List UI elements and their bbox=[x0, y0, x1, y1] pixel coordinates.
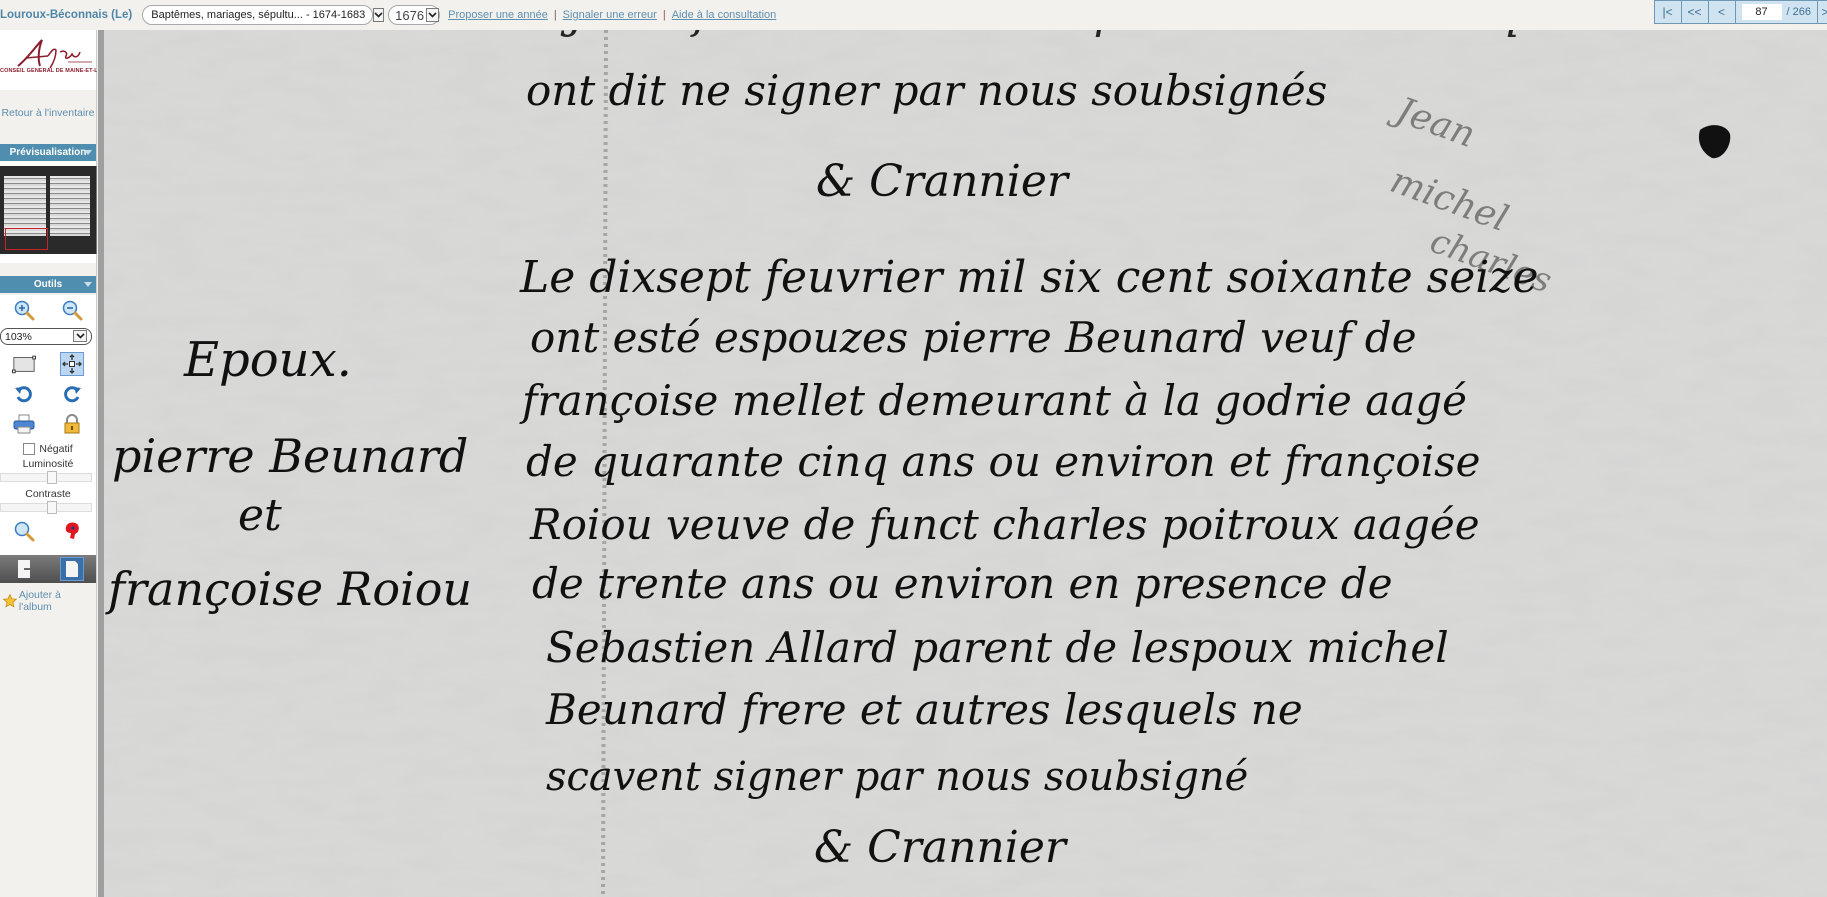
viewport-frame[interactable] bbox=[5, 228, 48, 250]
propose-year-link[interactable]: Proposer une année bbox=[448, 9, 548, 21]
star-icon bbox=[3, 594, 17, 608]
chevron-down-icon[interactable] bbox=[426, 8, 439, 22]
register-select-value: Baptêmes, mariages, sépultu... - 1674-16… bbox=[151, 9, 365, 21]
add-to-album-link[interactable]: Ajouter à l'album bbox=[0, 589, 96, 613]
svg-text:françoise Roiou: françoise Roiou bbox=[105, 562, 472, 616]
register-select[interactable]: Baptêmes, mariages, sépultu... - 1674-16… bbox=[142, 5, 373, 25]
chevron-down-icon[interactable] bbox=[73, 330, 87, 342]
svg-text:de quarante cinq ans ou enviro: de quarante cinq ans ou environ et franç… bbox=[526, 437, 1481, 486]
page-mode-bar bbox=[0, 555, 96, 583]
svg-text:scavent signer par nous soubsi: scavent signer par nous soubsigné bbox=[546, 754, 1248, 800]
tools-panel-header[interactable]: Outils bbox=[0, 276, 96, 293]
thumb-left-page bbox=[4, 176, 46, 236]
sidebar: CONSEIL GÉNÉRAL DE MAINE-ET-LOIRE Retour… bbox=[0, 30, 97, 897]
slider-handle[interactable] bbox=[47, 501, 57, 514]
next-page-button[interactable]: > bbox=[1818, 1, 1827, 23]
svg-text:Sebastien Allard parent de les: Sebastien Allard parent de lespoux miche… bbox=[546, 623, 1449, 672]
print-icon[interactable] bbox=[12, 412, 36, 436]
svg-text:Beunard frere et autres lesque: Beunard frere et autres lesquels ne bbox=[545, 685, 1303, 734]
select-area-icon[interactable] bbox=[12, 352, 36, 376]
svg-text:françoise mellet demeurant à l: françoise mellet demeurant à la godrie a… bbox=[519, 376, 1467, 425]
brightness-slider[interactable] bbox=[0, 473, 92, 482]
tools-panel-title: Outils bbox=[34, 279, 62, 290]
svg-text:& Crannier: & Crannier bbox=[816, 156, 1071, 207]
collapse-icon[interactable] bbox=[84, 282, 92, 287]
prev-page-button[interactable]: < bbox=[1709, 1, 1736, 23]
negative-label: Négatif bbox=[39, 443, 72, 455]
double-page-icon[interactable] bbox=[12, 557, 36, 581]
svg-text:ont esté espouzes pierre Beuna: ont esté espouzes pierre Beunard veuf de bbox=[530, 313, 1417, 362]
contrast-slider[interactable] bbox=[0, 503, 92, 512]
page-number-input[interactable] bbox=[1742, 4, 1782, 20]
collapse-icon[interactable] bbox=[84, 150, 92, 155]
svg-text:de trente ans ou environ en pr: de trente ans ou environ en presence de bbox=[532, 559, 1393, 608]
zoom-level-select[interactable]: 103% bbox=[0, 328, 92, 345]
year-select[interactable]: 1676 bbox=[388, 5, 440, 25]
brightness-label: Luminosité bbox=[0, 458, 96, 470]
svg-text:pierre Beunard: pierre Beunard bbox=[112, 429, 468, 483]
svg-text:Roiou veuve de funct charles p: Roiou veuve de funct charles poitroux aa… bbox=[529, 500, 1480, 549]
preview-panel-header[interactable]: Prévisualisation bbox=[0, 144, 96, 161]
year-select-value: 1676 bbox=[395, 8, 424, 23]
add-to-album-label: Ajouter à l'album bbox=[19, 589, 96, 613]
svg-text:& Crannier: & Crannier bbox=[814, 822, 1069, 873]
commune-title: Louroux-Béconnais (Le) bbox=[0, 9, 132, 21]
svg-text:Jozet frere et desvits espoux: Jozet frere et desvits espoux et autres … bbox=[560, 30, 1611, 39]
parish-register-scan[interactable]: Jozet frere et desvits espoux et autres … bbox=[98, 30, 1827, 897]
contrast-label: Contraste bbox=[0, 488, 96, 500]
back-to-inventory-link[interactable]: Retour à l'inventaire bbox=[0, 90, 96, 144]
separator: | bbox=[554, 9, 557, 21]
svg-text:Le dixsept feuvrier mil six ce: Le dixsept feuvrier mil six cent soixant… bbox=[519, 252, 1539, 303]
svg-text:Epoux.: Epoux. bbox=[183, 332, 352, 388]
lock-icon[interactable] bbox=[60, 412, 84, 436]
zoom-out-icon[interactable] bbox=[60, 298, 84, 322]
tools-panel: 103% bbox=[0, 295, 96, 555]
page-total: / 266 bbox=[1785, 1, 1818, 23]
preview-panel-title: Prévisualisation bbox=[10, 147, 87, 158]
svg-text:ont dit ne signer par nous sou: ont dit ne signer par nous soubsignés bbox=[526, 66, 1327, 115]
help-link[interactable]: Aide à la consultation bbox=[672, 9, 777, 21]
page-navigator: |< << < / 266 > bbox=[1654, 0, 1827, 24]
svg-text:et: et bbox=[238, 490, 282, 541]
zoom-level-value: 103% bbox=[5, 331, 32, 343]
first-page-button[interactable]: |< bbox=[1655, 1, 1682, 23]
zoom-in-icon[interactable] bbox=[12, 298, 36, 322]
logo-caption: CONSEIL GÉNÉRAL DE MAINE-ET-LOIRE bbox=[0, 68, 97, 74]
marianne-icon[interactable] bbox=[60, 519, 84, 543]
slider-handle[interactable] bbox=[47, 471, 57, 484]
thumb-right-page bbox=[50, 176, 90, 236]
fit-move-icon[interactable] bbox=[60, 352, 84, 376]
single-page-icon[interactable] bbox=[60, 557, 84, 581]
rotate-left-icon[interactable] bbox=[12, 382, 36, 406]
page-thumbnail[interactable] bbox=[0, 166, 97, 254]
separator: | bbox=[663, 9, 666, 21]
top-toolbar: Louroux-Béconnais (Le) Baptêmes, mariage… bbox=[0, 0, 1827, 30]
negative-option[interactable]: Négatif bbox=[0, 443, 96, 455]
prev-block-button[interactable]: << bbox=[1682, 1, 1709, 23]
anjou-logo: CONSEIL GÉNÉRAL DE MAINE-ET-LOIRE bbox=[0, 30, 96, 90]
rotate-right-icon[interactable] bbox=[60, 382, 84, 406]
preview-panel bbox=[0, 161, 96, 263]
negative-checkbox[interactable] bbox=[23, 443, 35, 455]
document-viewer[interactable]: Jozet frere et desvits espoux et autres … bbox=[98, 30, 1827, 897]
magnifier-icon[interactable] bbox=[12, 519, 36, 543]
report-error-link[interactable]: Signaler une erreur bbox=[563, 9, 657, 21]
chevron-down-icon[interactable] bbox=[373, 8, 384, 22]
